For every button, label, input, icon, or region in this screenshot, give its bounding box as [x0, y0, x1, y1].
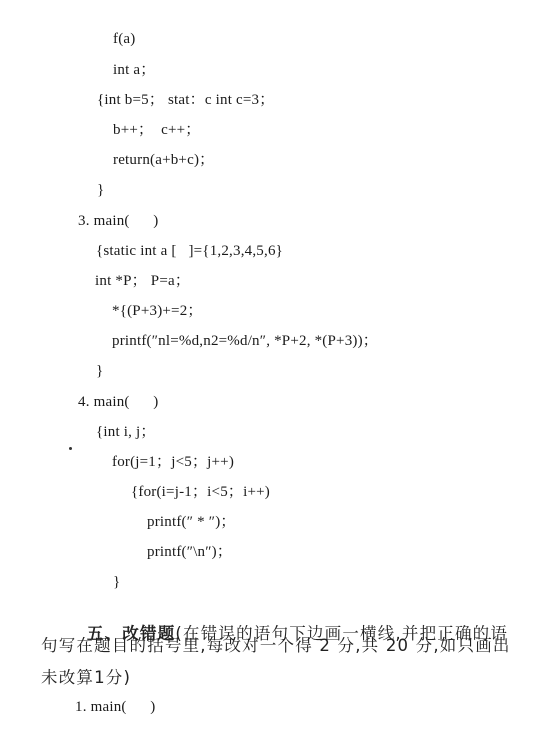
scan-speck — [69, 447, 72, 450]
section-5-instruction-3: 未改算1分) — [41, 668, 131, 688]
section-5-instruction-2: 句写在题目的括号里,每改对一个得 2 分,共 20 分,如只画出 — [41, 636, 511, 656]
q3-code-line-3: *{(P+3)+=2； — [112, 302, 203, 320]
q3-code-line-4: printf(″nl=%d,n2=%d/n″, *P+2, *(P+3))； — [112, 332, 378, 350]
code-line-f-a: f(a) — [113, 30, 135, 48]
code-line-int-b: {int b=5； stat：c int c=3； — [97, 91, 274, 109]
question-3-header: 3. main( ) — [78, 212, 158, 230]
q4-code-line-6: } — [113, 573, 120, 591]
code-line-close-brace: } — [97, 181, 104, 199]
q4-code-line-3: {for(i=j-1；i<5；i++) — [131, 483, 270, 501]
q4-code-line-4: printf(″ * ″)； — [147, 513, 236, 531]
question-1-header: 1. main( ) — [75, 698, 155, 716]
q3-code-line-5: } — [96, 362, 103, 380]
code-line-int-a: int a； — [113, 61, 155, 79]
q4-code-line-5: printf(″\n″)； — [147, 543, 232, 561]
code-line-increment: b++； c++； — [113, 121, 201, 139]
q4-code-line-1: {int i, j； — [96, 423, 156, 441]
q3-code-line-1: {static int a [ ]={1,2,3,4,5,6} — [96, 242, 283, 260]
code-line-return: return(a+b+c)； — [113, 151, 214, 169]
q3-code-line-2: int *P； P=a； — [95, 272, 190, 290]
question-4-header: 4. main( ) — [78, 393, 158, 411]
q4-code-line-2: for(j=1；j<5；j++) — [112, 453, 234, 471]
